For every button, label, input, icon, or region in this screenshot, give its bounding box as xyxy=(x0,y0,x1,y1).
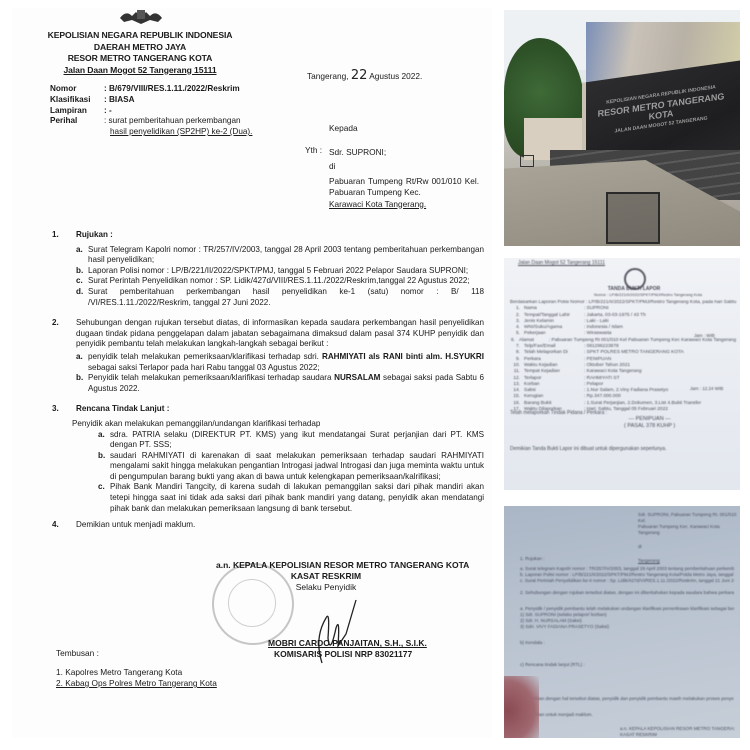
signature-block: a.n. KEPALA KEPOLISIAN RESOR METRO TANGE… xyxy=(226,560,426,593)
list-item: b.Laporan Polisi nomor : LP/B/221/II/202… xyxy=(76,266,484,277)
letter2-address: Sdr. SUPRONI, Pabuaran Tumpeng Rt. 001/0… xyxy=(638,512,740,564)
list-item: b.Penyidik telah melakukan pemeriksaan/k… xyxy=(76,373,484,394)
list-item: c.Surat Perintah Penyelidikan nomor : SP… xyxy=(76,276,484,287)
police-report-receipt-scan: Jalan Daan Mogot 52 Tangerang 15111 TAND… xyxy=(504,258,740,490)
signature-line: Selaku Penyidik xyxy=(226,582,426,593)
signatory-name: MOBRI CARDO PANJAITAN, S.H., S.I.K. xyxy=(268,638,427,649)
report-offence: --- PENIPUAN --- ( PASAL 378 KUHP ) xyxy=(624,416,675,430)
tembusan-item: 1. Kapolres Metro Tangerang Kota xyxy=(56,667,217,678)
section-title: Demikian untuk menjadi maklum. xyxy=(76,520,484,531)
letter-meta: Nomor: B/679/VIII/RES.1.11./2022/Reskrim… xyxy=(50,84,252,138)
finger-shadow xyxy=(504,676,539,738)
letterhead: KEPOLISIAN NEGARA REPUBLIK INDONESIA DAE… xyxy=(40,30,240,76)
section-penutup: 4. Demikian untuk menjadi maklum. xyxy=(52,520,484,531)
trash-bin xyxy=(606,192,660,244)
letter2-line: c) Rencana tindak lanjut (RTL) : xyxy=(520,662,734,668)
recipient-di: di xyxy=(329,161,479,173)
recipient-address: Pabuaran Tumpeng Rt/Rw 001/010 Kel. Pabu… xyxy=(329,176,479,199)
list-item: c.Pihak Bank Mandiri Tangcity, di karena… xyxy=(76,482,484,514)
report-title: TANDA BUKTI LAPOR Nomor : LP/B/221/II/20… xyxy=(594,286,674,297)
tembusan-item: 2. Kabag Ops Polres Metro Tangerang Kota xyxy=(56,678,217,689)
perihal-value-2: hasil penyelidikan (SP2HP) ke-2 (Dua). xyxy=(104,127,252,138)
section-title: Rencana Tindak Lanjut : xyxy=(76,404,484,415)
signature-line: a.n. KEPALA KEPOLISIAN RESOR METRO TANGE… xyxy=(216,560,426,571)
tembusan-block: Tembusan : 1. Kapolres Metro Tangerang K… xyxy=(56,648,217,689)
lampiran-value: : - xyxy=(104,106,112,117)
perihal-label: Perihal xyxy=(50,116,104,127)
kepada-label: Kepada xyxy=(329,123,479,135)
letter2-line: c. Surat Perintah Penyelidikan ke-II nom… xyxy=(520,578,734,584)
letter2-line: 4. Demikian untuk menjadi maklum. xyxy=(520,712,734,718)
letter2-rujukan: 1. Rujukan : xyxy=(520,556,545,562)
section-intro: Sehubungan dengan rujukan tersebut diata… xyxy=(76,318,484,350)
letter2-body: a. Surat telegram Kapolri nomor : TR/257… xyxy=(520,566,734,738)
recipient-block: Kepada Yth : Sdr. SUPRONI; di Pabuaran T… xyxy=(329,123,479,210)
perihal-value: : surat pemberitahuan perkembangan xyxy=(104,116,241,127)
police-station-photo: KEPOLISIAN NEGARA REPUBLIK INDONESIA RES… xyxy=(504,10,740,246)
letter2-line: KASAT RESKRIM xyxy=(520,732,734,738)
klasifikasi-value: : BIASA xyxy=(104,95,134,106)
list-item: d.Surat pemberitahuan perkembangan hasil… xyxy=(76,287,484,308)
list-item: a.sdra. PATRIA selaku (DIREKTUR PT. KMS)… xyxy=(76,430,484,451)
sp2hp-letter-scan: KEPOLISIAN NEGARA REPUBLIK INDONESIA DAE… xyxy=(12,8,492,738)
recipient-city: Karawaci Kota Tangerang. xyxy=(329,199,479,211)
list-item: a.Surat Telegram Kapolri nomor : TR/257/… xyxy=(76,245,484,266)
letterhead-line: DAERAH METRO JAYA xyxy=(40,42,240,54)
report-closing: Demikian Tanda Bukti Lapor ini dibuat un… xyxy=(510,446,666,452)
yth-label: Yth : xyxy=(305,145,322,157)
section-perkembangan: 2. Sehubungan dengan rujukan tersebut di… xyxy=(52,318,484,394)
section-rencana: 3. Rencana Tindak Lanjut : Penyidik akan… xyxy=(52,404,484,514)
section-title: Rujukan : xyxy=(76,230,484,241)
letter2-line: b) Kendala : xyxy=(520,640,734,646)
klasifikasi-label: Klasifikasi xyxy=(50,95,104,106)
date-prefix: Tangerang, xyxy=(307,71,349,81)
nomor-label: Nomor xyxy=(50,84,104,95)
section-intro: Penyidik akan melakukan pemanggilan/unda… xyxy=(72,419,484,430)
report-header: Jalan Daan Mogot 52 Tangerang 15111 xyxy=(518,260,605,266)
nomor-value: : B/679/VIII/RES.1.11./2022/Reskrim xyxy=(104,84,240,95)
police-emblem-icon xyxy=(118,8,164,26)
letterhead-line: RESOR METRO TANGERANG KOTA xyxy=(40,53,240,65)
letter-body: 1. Rujukan : a.Surat Telegram Kapolri no… xyxy=(52,230,484,537)
letter2-line: 3. Demikian dengan hal tersebut diatas, … xyxy=(520,696,734,702)
signatory-rank: KOMISARIS POLISI NRP 83021177 xyxy=(268,649,427,660)
lampiran-label: Lampiran xyxy=(50,106,104,117)
section-number: 4. xyxy=(52,520,76,531)
letter2-line: 3) Sdri. VIVY FADIANA PRASETYO (Saksi) xyxy=(520,624,734,630)
signatory: MOBRI CARDO PANJAITAN, S.H., S.I.K. KOMI… xyxy=(268,638,427,660)
letter-date: Tangerang, 22 Agustus 2022. xyxy=(307,68,422,83)
letterhead-address: Jalan Daan Mogot 52 Tangerang 15111 xyxy=(40,65,240,77)
tembusan-title: Tembusan : xyxy=(56,648,217,659)
section-rujukan: 1. Rujukan : a.Surat Telegram Kapolri no… xyxy=(52,230,484,308)
report-offence-label: Telah melaporkan Tindak Pidana / Perkara… xyxy=(510,410,607,416)
letterhead-line: KEPOLISIAN NEGARA REPUBLIK INDONESIA xyxy=(40,30,240,42)
list-item: a.penyidik telah melakukan pemeriksaan/k… xyxy=(76,352,484,373)
date-day-handwritten: 22 xyxy=(351,68,368,83)
section-number: 1. xyxy=(52,230,76,308)
sp2hp-first-letter-scan: Sdr. SUPRONI, Pabuaran Tumpeng Rt. 001/0… xyxy=(504,506,740,738)
date-suffix: Agustus 2022. xyxy=(369,71,422,81)
list-item: b.saudari RAHMIYATI di karenakan di saat… xyxy=(76,451,484,483)
letter2-line: 2. Sehubungan dengan rujukan tersebut di… xyxy=(520,590,734,596)
report-fields: Berdasarkan Laporan Polisi Nomor : LP/B/… xyxy=(510,300,736,413)
section-number: 2. xyxy=(52,318,76,394)
signature-line: KASAT RESKRIM xyxy=(226,571,426,582)
recipient-name: Sdr. SUPRONI; xyxy=(329,147,479,159)
